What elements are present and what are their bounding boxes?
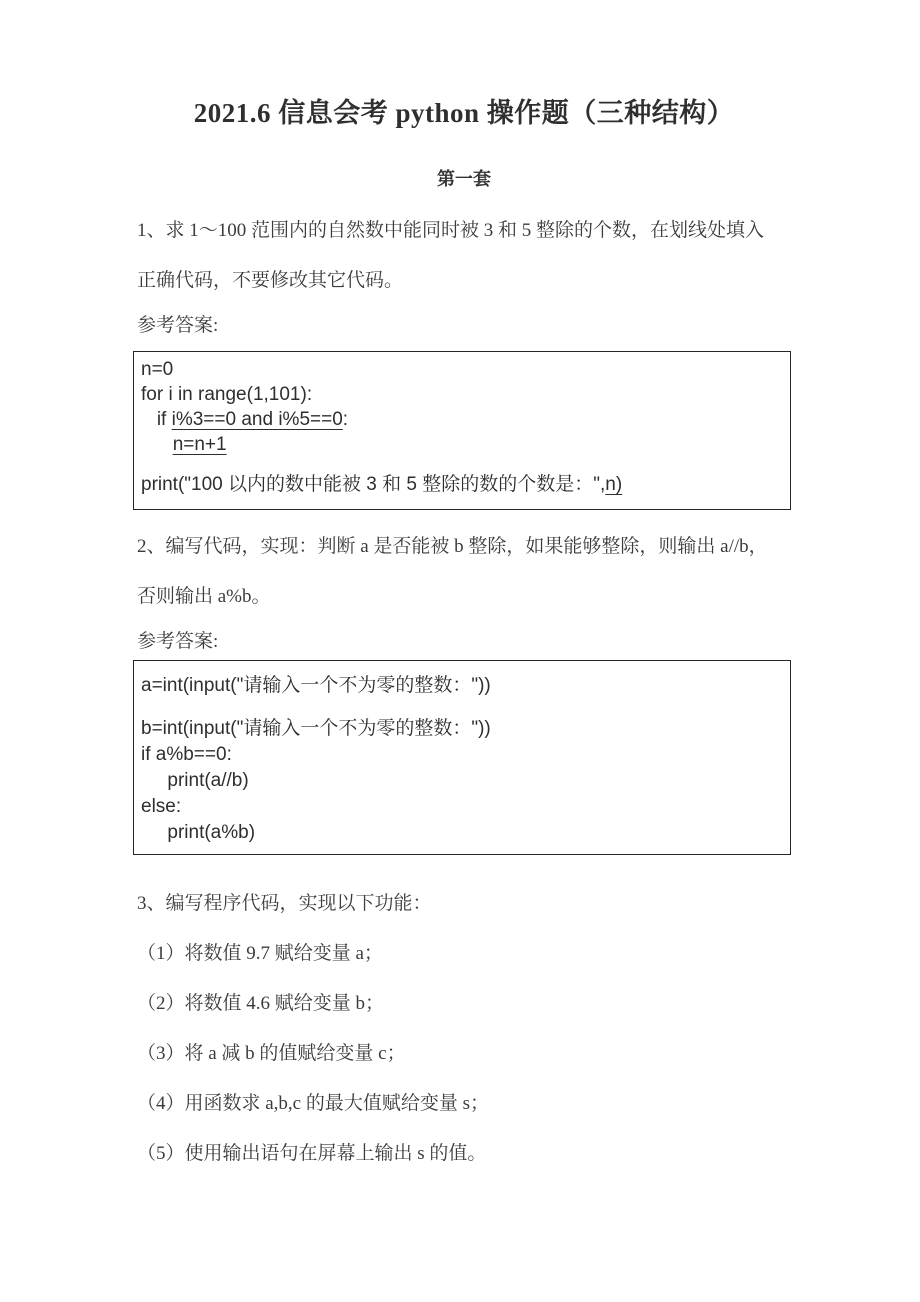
code-line: if i%3==0 and i%5==0: (141, 407, 782, 432)
code-line: b=int(input("请输入一个不为零的整数：")) (141, 716, 782, 742)
question-3-items: （1）将数值 9.7 赋给变量 a； （2）将数值 4.6 赋给变量 b； （3… (137, 929, 791, 1179)
code-line: print(a%b) (141, 820, 782, 846)
answer-code-box-2: a=int(input("请输入一个不为零的整数："))b=int(input(… (133, 660, 791, 855)
question-2-line-1: 2、编写代码，实现：判断 a 是否能被 b 整除，如果能够整除，则输出 a//b… (137, 522, 791, 572)
question-3-head: 3、编写程序代码，实现以下功能： (137, 879, 791, 929)
answer-label-2: 参考答案: (137, 622, 791, 662)
answer-blank-underlined: n=n+1 (173, 434, 227, 455)
code-line: a=int(input("请输入一个不为零的整数：")) (141, 673, 782, 699)
question-3-item-4: （4）用函数求 a,b,c 的最大值赋给变量 s； (137, 1079, 791, 1129)
question-1-line-1: 1、求 1～100 范围内的自然数中能同时被 3 和 5 整除的个数，在划线处填… (137, 206, 791, 256)
code-line: print(a//b) (141, 768, 782, 794)
question-3-item-5: （5）使用输出语句在屏幕上输出 s 的值。 (137, 1129, 791, 1179)
code-line: n=n+1 (141, 432, 782, 457)
code-line: for i in range(1,101): (141, 382, 782, 407)
code-line: if a%b==0: (141, 742, 782, 768)
answer-blank-underlined: n) (605, 474, 622, 495)
question-1: 1、求 1～100 范围内的自然数中能同时被 3 和 5 整除的个数，在划线处填… (137, 206, 791, 306)
document-page: 2021.6 信息会考 python 操作题（三种结构） 第一套 1、求 1～1… (0, 0, 920, 1302)
question-3-item-2: （2）将数值 4.6 赋给变量 b； (137, 979, 791, 1029)
page-title: 2021.6 信息会考 python 操作题（三种结构） (137, 96, 791, 130)
question-3-item-3: （3）将 a 减 b 的值赋给变量 c； (137, 1029, 791, 1079)
question-2-line-2: 否则输出 a%b。 (137, 572, 791, 622)
question-2: 2、编写代码，实现：判断 a 是否能被 b 整除，如果能够整除，则输出 a//b… (137, 522, 791, 622)
code-line: else: (141, 794, 782, 820)
answer-blank-underlined: i%3==0 and i%5==0 (172, 409, 343, 430)
section-title: 第一套 (137, 168, 791, 190)
answer-code-box-1: n=0for i in range(1,101): if i%3==0 and … (133, 351, 791, 510)
code-line (141, 699, 782, 716)
question-3-item-1: （1）将数值 9.7 赋给变量 a； (137, 929, 791, 979)
answer-label-1: 参考答案: (137, 306, 791, 346)
code-line: n=0 (141, 357, 782, 382)
code-line: print("100 以内的数中能被 3 和 5 整除的数的个数是：",n) (141, 472, 782, 497)
question-1-line-2: 正确代码，不要修改其它代码。 (137, 256, 791, 306)
code-line (141, 457, 782, 472)
